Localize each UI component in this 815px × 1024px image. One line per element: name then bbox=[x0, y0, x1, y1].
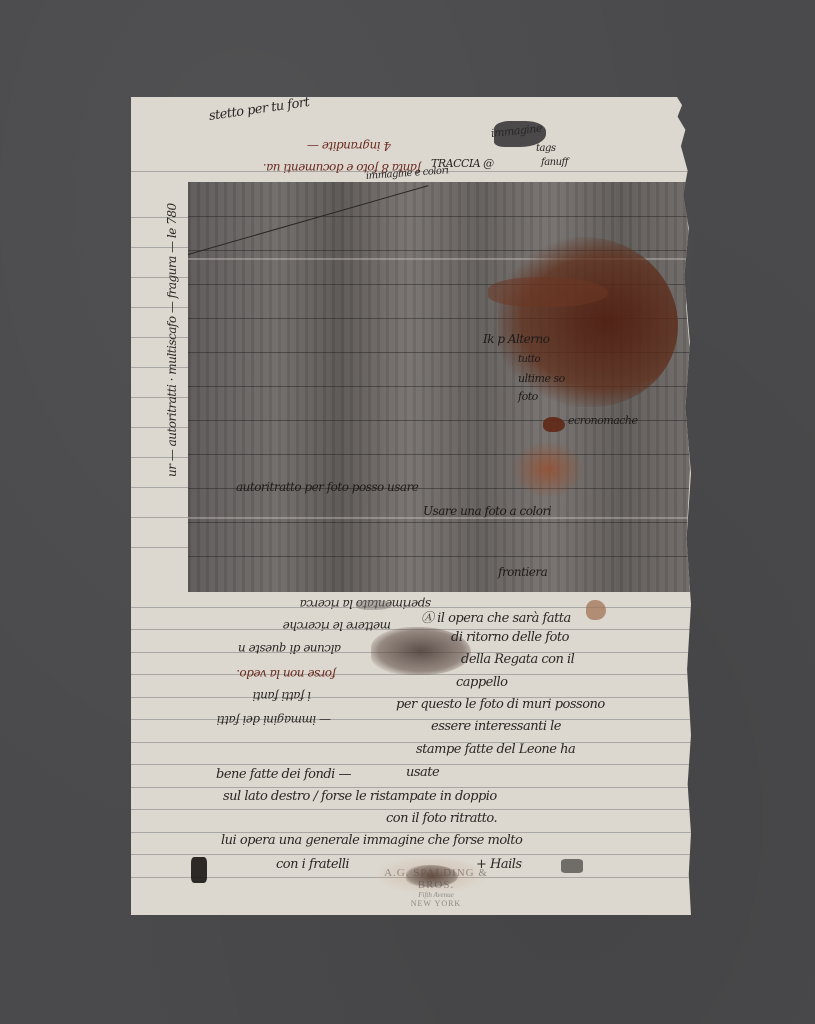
handwriting-body: cappello bbox=[456, 675, 508, 690]
ruled-line bbox=[131, 787, 691, 788]
gray-ink-stain bbox=[356, 600, 392, 610]
photo-annotation: tutto bbox=[518, 354, 540, 365]
handwriting-body: con i fratelli bbox=[276, 857, 349, 872]
handwriting-upside-down: mettere le ricerche bbox=[283, 619, 391, 633]
brown-ink-stain bbox=[488, 277, 608, 307]
ruled-line bbox=[131, 427, 188, 428]
handwriting-upside-down-red: forse non la vedo. bbox=[237, 667, 336, 681]
handwriting-body: essere interessanti le bbox=[431, 719, 561, 734]
ruled-line bbox=[131, 854, 691, 855]
handwriting-body: sul lato destro / forse le ristampate in… bbox=[223, 789, 497, 804]
photo-annotation: autoritratto per foto posso usare bbox=[236, 480, 418, 494]
brown-ink-stain bbox=[586, 600, 606, 620]
ruled-line bbox=[131, 247, 188, 248]
photo-annotation: frontiera bbox=[498, 565, 547, 579]
handwriting-upside-down-red: 4 ingrandite — bbox=[307, 139, 391, 153]
ruled-line bbox=[131, 547, 188, 548]
handwriting-body: Ⓐ il opera che sarà fatta bbox=[421, 607, 571, 626]
brown-ink-stain bbox=[513, 442, 583, 497]
ruled-line bbox=[131, 337, 188, 338]
ink-blot bbox=[494, 121, 546, 147]
photo-annotation: ultime so bbox=[518, 372, 565, 385]
ruled-line bbox=[131, 487, 188, 488]
pen-stroke bbox=[188, 185, 429, 255]
handwriting-top-note: stetto per tu fort bbox=[208, 95, 310, 124]
handwriting-top-right: tags bbox=[536, 143, 556, 154]
handwriting-body: di ritorno delle foto bbox=[451, 630, 569, 645]
handwriting-body: stampe fatte del Leone ha bbox=[416, 742, 575, 757]
ruled-line bbox=[131, 719, 691, 720]
photo-print-inset: Ik p Alterno tutto ultime so foto ecrono… bbox=[188, 182, 690, 592]
ruled-line bbox=[131, 367, 188, 368]
handwriting-top-right: fanuff bbox=[541, 157, 568, 168]
ruled-line bbox=[131, 457, 188, 458]
ink-scribble bbox=[191, 857, 207, 883]
photo-annotation: ecronomache bbox=[568, 414, 638, 427]
photo-annotation: Ik p Alterno bbox=[483, 332, 549, 346]
handwriting-vertical-margin: ur — autoritratti · multiscafo — fragura… bbox=[165, 203, 179, 477]
ruled-line bbox=[131, 217, 188, 218]
photo-annotation: foto bbox=[518, 390, 538, 403]
ink-scribble bbox=[561, 859, 583, 873]
ruled-line bbox=[131, 277, 188, 278]
handwriting-body: per questo le foto di muri possono bbox=[396, 697, 605, 712]
ruled-line bbox=[131, 397, 188, 398]
handwriting-body: lui opera una generale immagine che fors… bbox=[221, 833, 522, 848]
ruled-line bbox=[131, 809, 691, 810]
letterhead-city: NEW YORK bbox=[371, 899, 501, 908]
handwriting-body: con il foto ritratto. bbox=[386, 811, 497, 826]
handwriting-upside-down: i fatti fanti bbox=[253, 689, 311, 703]
ruled-line bbox=[131, 742, 691, 743]
handwriting-body: usate bbox=[406, 765, 439, 780]
handwriting-body: della Regata con il bbox=[461, 652, 574, 667]
torn-notepaper-sheet: stetto per tu fort 4 ingrandite — fanta … bbox=[131, 97, 691, 915]
handwriting-upside-down: alcune di queste n bbox=[238, 642, 341, 656]
handwriting-upside-down: — immagini dei fatti bbox=[217, 713, 331, 727]
photo-annotation: Usare una foto a colori bbox=[423, 504, 551, 518]
ruled-line bbox=[131, 517, 188, 518]
coffee-stain bbox=[376, 857, 486, 893]
handwriting-body: bene fatte dei fondi — bbox=[216, 767, 351, 782]
brown-ink-stain bbox=[543, 417, 565, 432]
ruled-line bbox=[131, 307, 188, 308]
